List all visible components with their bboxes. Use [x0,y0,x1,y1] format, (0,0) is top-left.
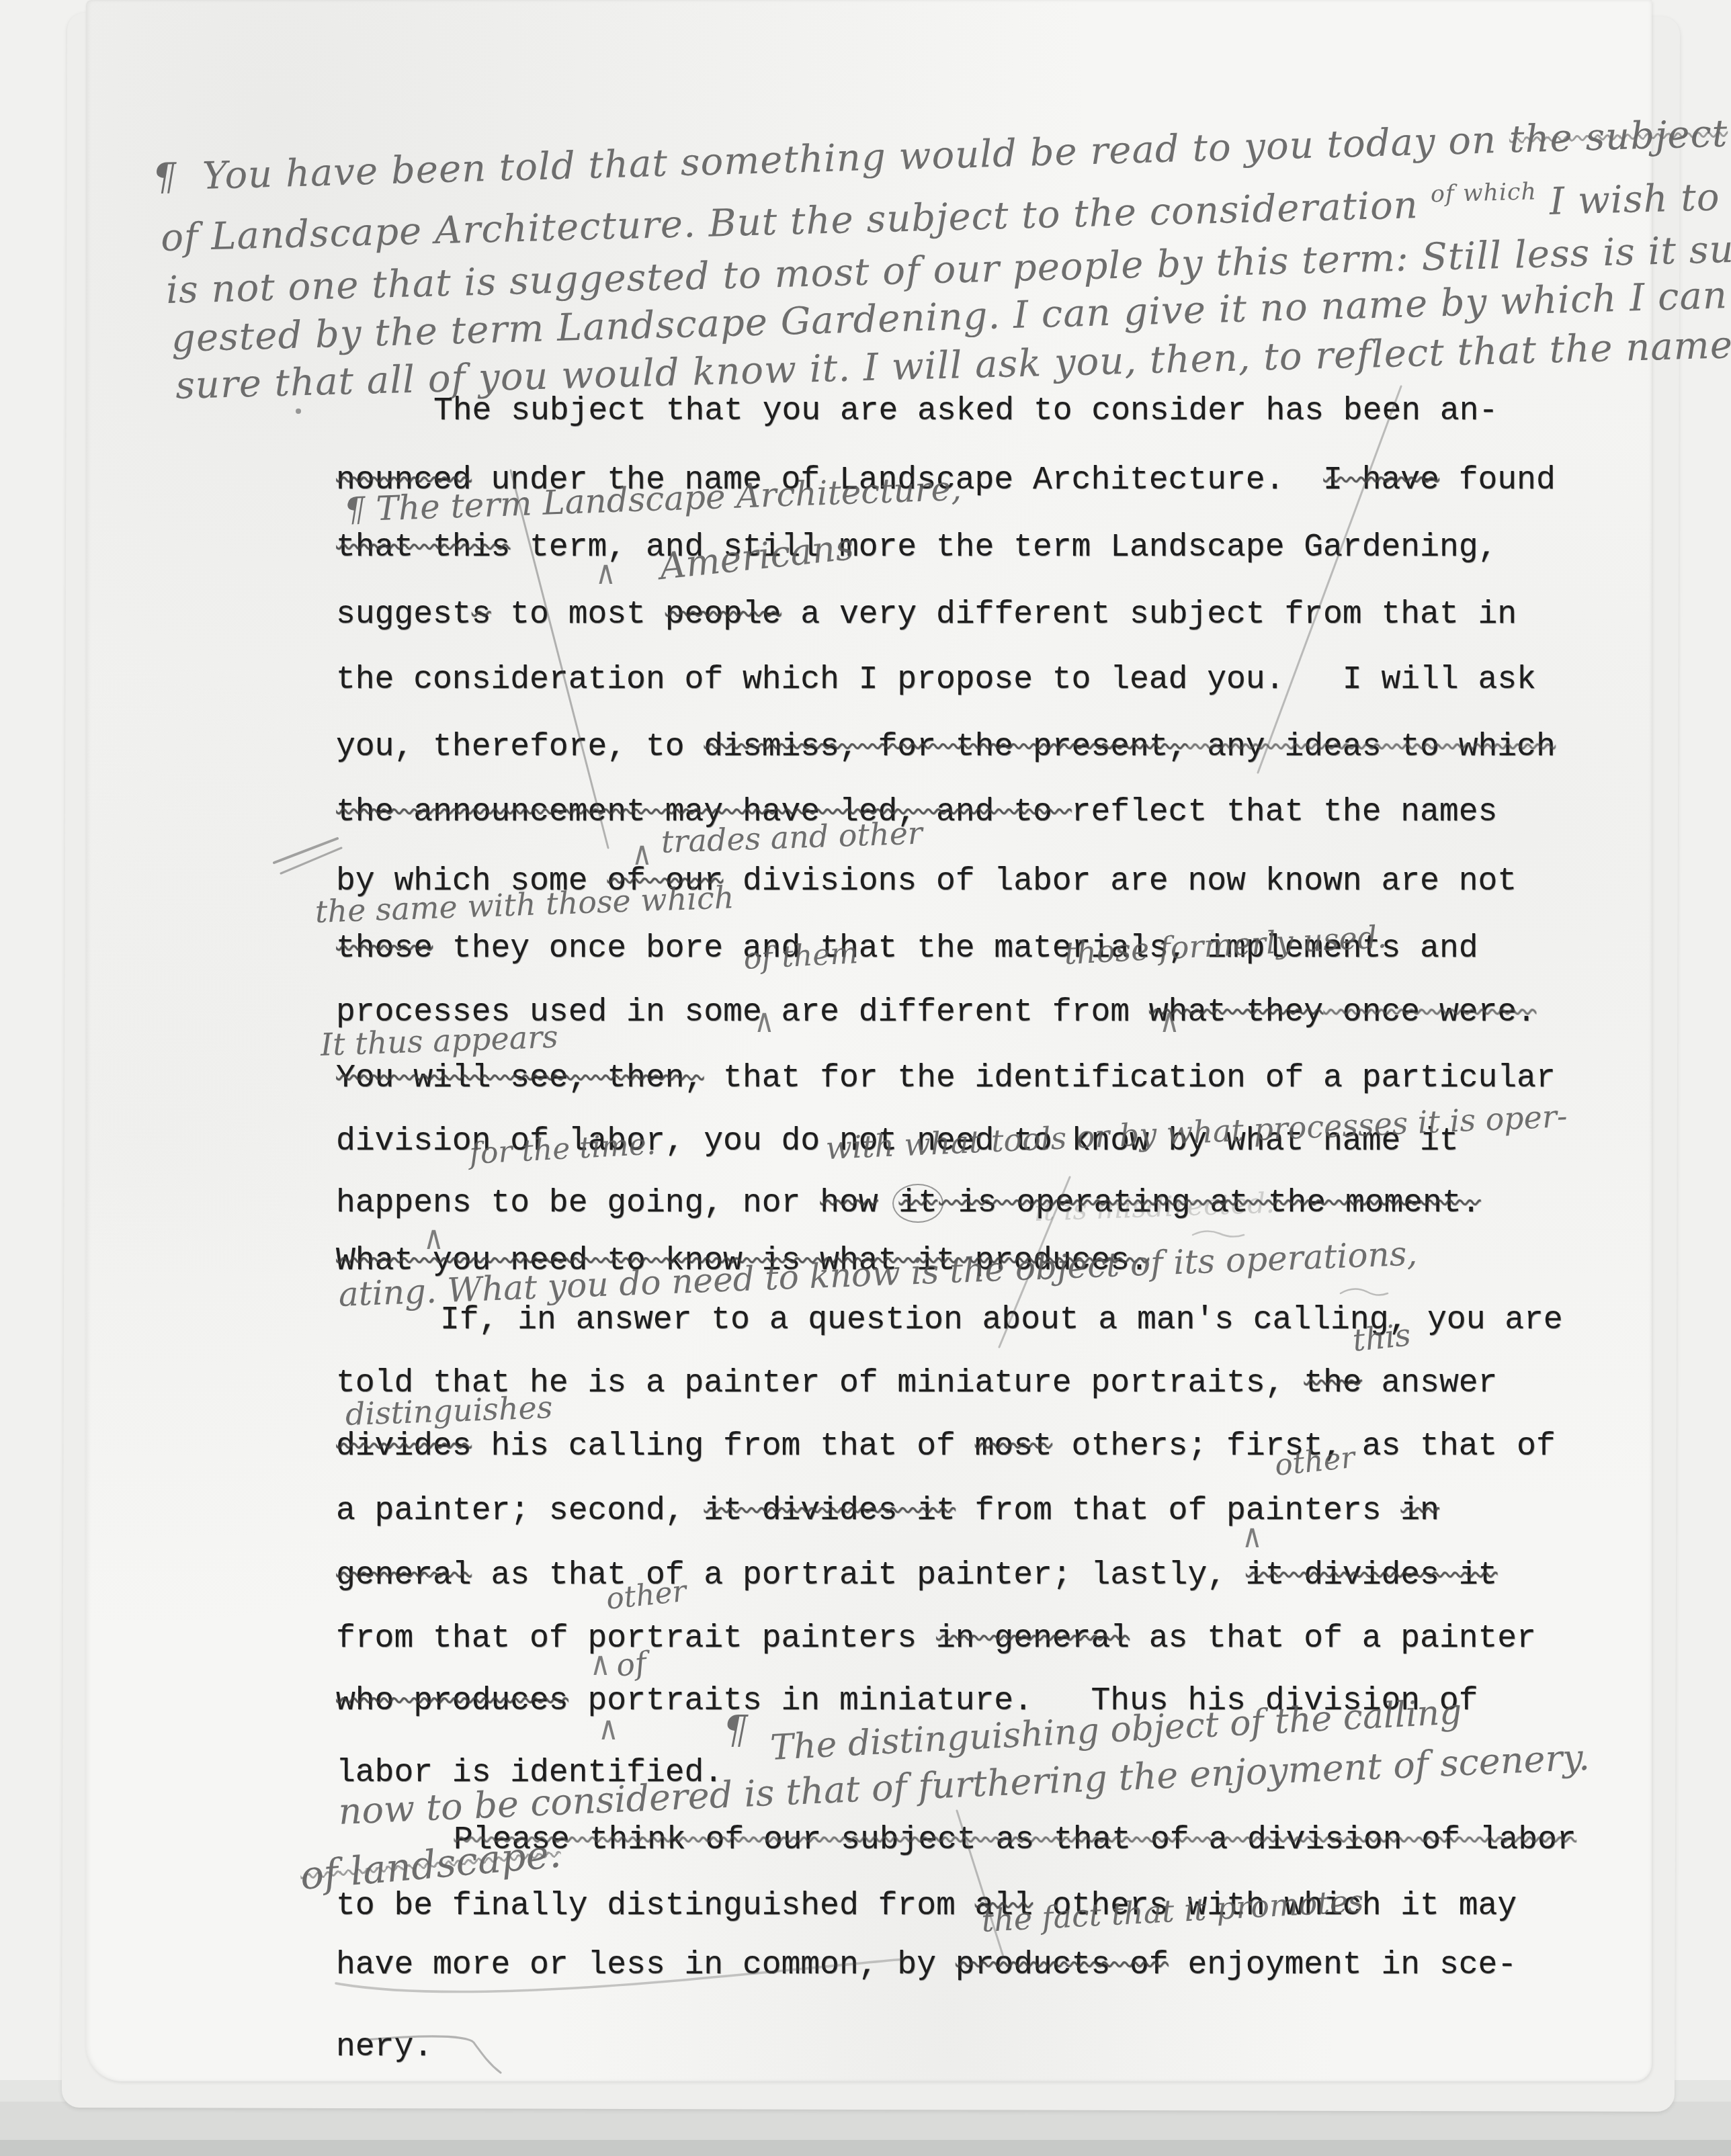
typed-line: suggests to most people a very different… [336,597,1517,633]
typed-segment: as that of a painter [1130,1621,1536,1657]
typed-line: nery. [336,2029,433,2065]
typed-line: The subject that you are asked to consid… [433,393,1498,429]
handwritten-annotation: ¶ [723,1707,748,1752]
typed-segment: suggest [336,597,472,633]
typed-segment: it divides it [704,1493,955,1529]
paper: ¶ You have been told that something woul… [86,0,1652,2081]
typed-segment: You will see, then, [336,1060,704,1096]
typed-segment: the consideration of which I propose to … [336,662,1536,698]
typed-segment: it divides it [1246,1557,1497,1594]
typed-segment: as that of a portrait painter; lastly, [472,1557,1246,1594]
typed-segment: a painter; second, [336,1493,704,1529]
typed-segment: a very different subject from that in [782,597,1517,633]
typed-segment: reflect that the names [1072,794,1498,830]
typed-segment: it [892,1184,943,1223]
typed-line: You will see, then, that for the identif… [336,1060,1556,1096]
typed-segment: dismiss, for the present, [704,729,1187,765]
caret-mark: ∧ [423,1219,444,1256]
typed-line: divides his calling from that of most ot… [336,1428,1556,1465]
typed-segment: The subject that you are asked to consid… [433,393,1498,429]
typed-segment: answer [1362,1365,1498,1402]
typed-segment: who produces [336,1683,568,1719]
typed-segment: to most [491,597,665,633]
caret-mark: ∧ [1159,1002,1180,1039]
typed-segment: his calling from that of [472,1428,975,1465]
handwritten-annotation: this [1351,1316,1412,1359]
typed-segment: from that of painters [956,1493,1401,1529]
typed-segment: most [975,1428,1052,1465]
typed-segment: nery. [336,2029,433,2065]
handwritten-annotation: It thus appears [320,1019,558,1063]
scanned-manuscript-page: ¶ You have been told that something woul… [0,0,1731,2156]
caret-mark: ∧ [598,1709,619,1747]
typed-segment: divides [336,1428,472,1465]
handwritten-annotation: other [605,1574,688,1616]
caret-mark: ∧ [595,554,616,591]
handwritten-annotation: other [1273,1440,1357,1483]
typed-segment: Please think of our subject as that of a… [454,1822,1576,1858]
caret-mark: ∧ [754,1002,775,1039]
handwritten-segment: the subject [1509,112,1728,162]
typed-segment: I have [1323,462,1439,499]
caret-mark: ∧ [632,834,652,872]
pencil-dot [296,408,301,414]
typed-line: Please think of our subject as that of a… [454,1822,1576,1858]
typed-segment: to be finally distinguished from [336,1888,975,1924]
typed-line: have more or less in common, by products… [336,1947,1517,1983]
handwritten-segment: of which [1431,179,1537,208]
typed-segment: happens to be going, nor [336,1185,820,1221]
typed-segment: in general [936,1621,1130,1657]
typed-segment: people [665,597,782,633]
typed-segment: general [336,1557,472,1594]
typed-segment: s [472,597,491,633]
typed-segment: products of [956,1947,1169,1983]
caret-mark: ∧ [590,1645,611,1682]
typed-line: happens to be going, nor how it is opera… [336,1184,1481,1223]
typed-line: that this term, and still more the term … [336,529,1497,566]
caret-mark: ∧ [1242,1517,1263,1555]
typed-segment: in [1400,1493,1439,1529]
typed-segment: once were. [1323,994,1536,1031]
typed-segment: found [1439,462,1556,499]
typed-segment: divisions of labor are now known are not [723,863,1517,900]
typed-segment: that for the identification of a particu… [704,1060,1555,1096]
typed-segment: how [820,1185,878,1221]
typed-segment: you, therefore, to [336,729,704,765]
typed-line: general as that of a portrait painter; l… [336,1557,1497,1594]
typed-segment: those [336,931,433,967]
handwritten-annotation: of [614,1645,648,1684]
typed-line: the consideration of which I propose to … [336,662,1536,698]
typed-segment: enjoyment in sce- [1169,1947,1517,1983]
typed-segment: any ideas to which [1187,729,1555,765]
typed-segment: the [1304,1365,1361,1402]
typed-segment: have more or less in common, by [336,1947,956,1983]
handwritten-annotation: distinguishes [345,1389,553,1432]
typed-line: you, therefore, to dismiss, for the pres… [336,729,1556,765]
handwritten-segment: I wish to lead you [1536,171,1731,224]
typed-line: a painter; second, it divides it from th… [336,1493,1439,1529]
typed-line: from that of portrait painters in genera… [336,1621,1536,1657]
handwritten-annotation: of them [743,936,859,976]
typed-segment: that this [336,529,510,566]
